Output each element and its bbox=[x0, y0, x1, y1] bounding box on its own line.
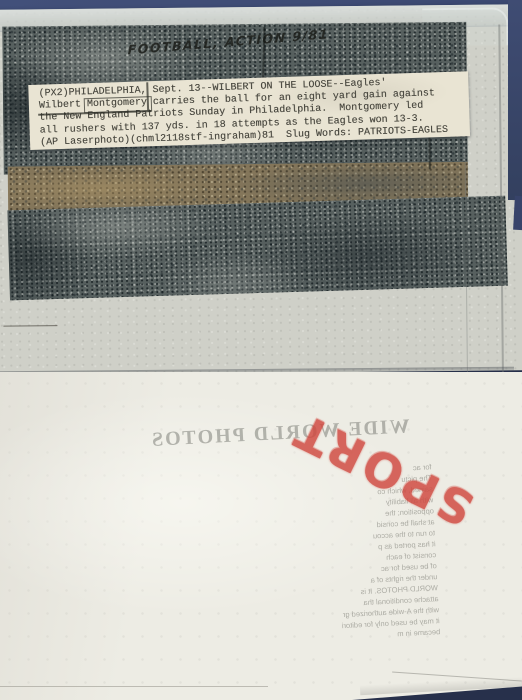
caption-slip: (PX2)PHILADELPHIA, Sept. 13--WILBERT ON … bbox=[28, 71, 470, 150]
upper-copy-sheet: FOOTBALL, ACTION 9/81 (PX2)PHILADELPHIA,… bbox=[0, 4, 522, 375]
background-surface bbox=[508, 0, 522, 200]
pencil-mark bbox=[3, 325, 57, 327]
photocopy-grain-lower bbox=[7, 196, 507, 301]
background-surface bbox=[513, 196, 522, 231]
scanned-press-photo-back: FOOTBALL, ACTION 9/81 (PX2)PHILADELPHIA,… bbox=[0, 0, 522, 700]
paper-crease bbox=[0, 686, 268, 687]
